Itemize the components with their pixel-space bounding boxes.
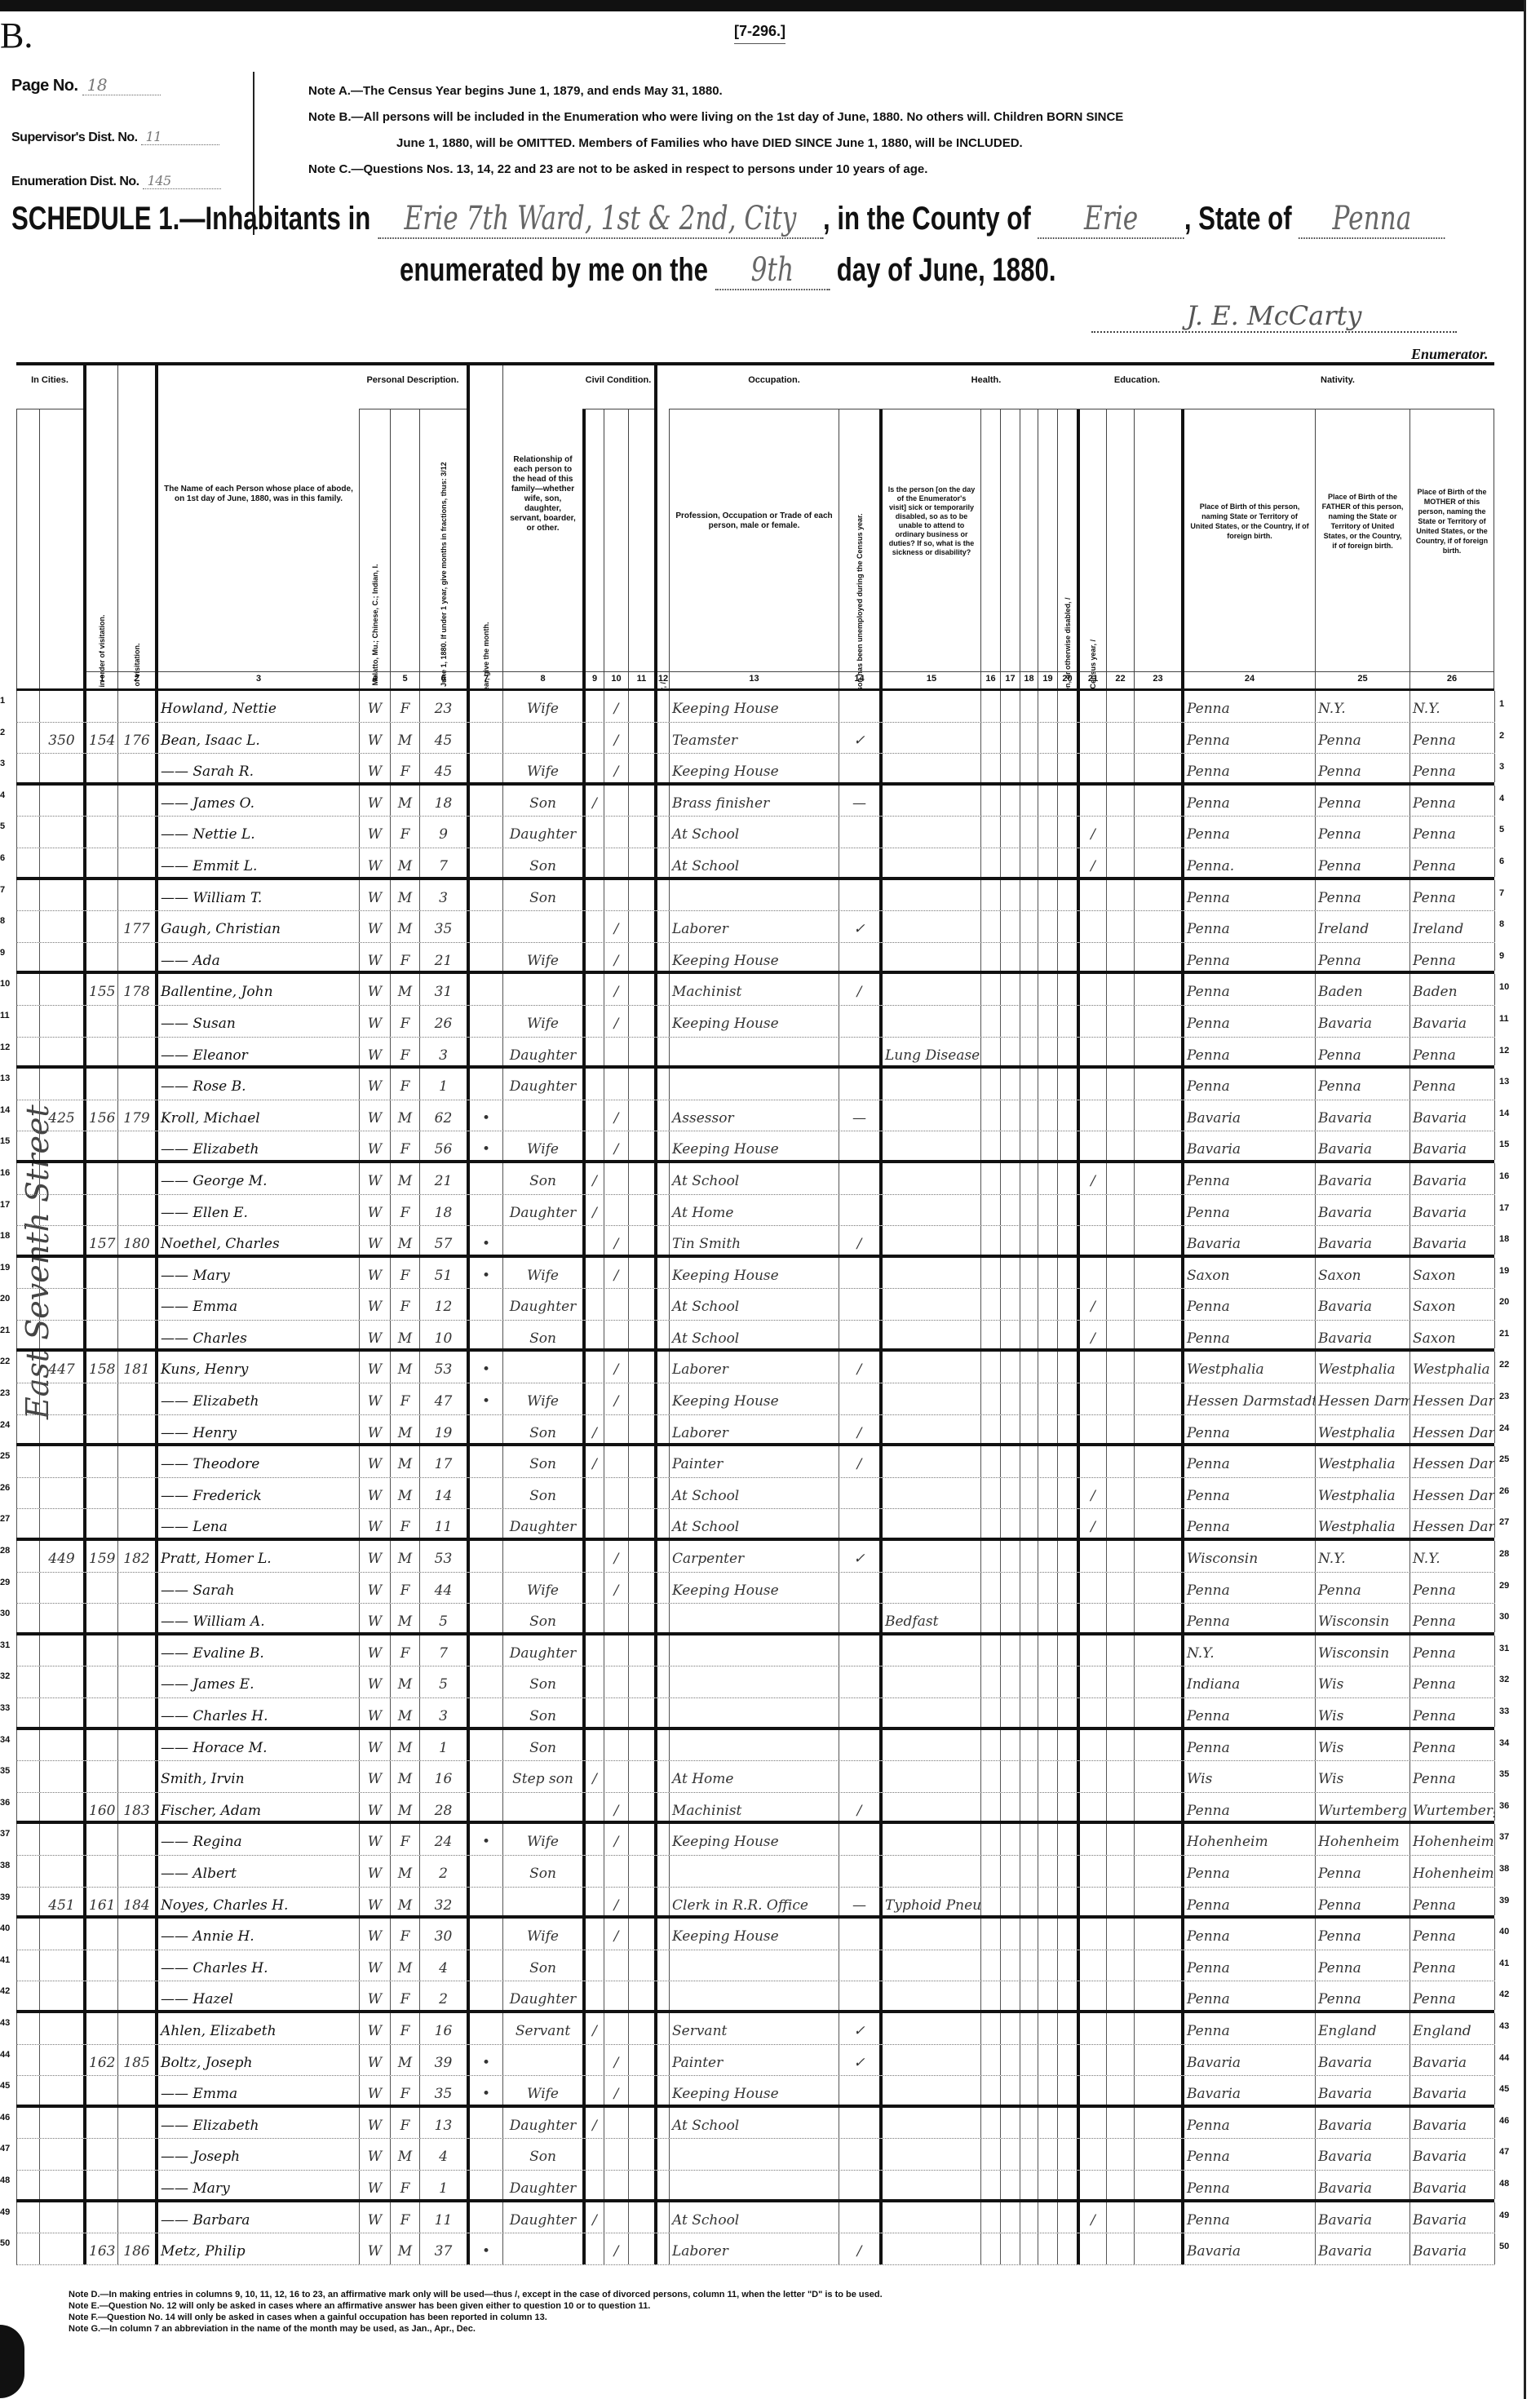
birthplace-cell: Penna	[1181, 1289, 1315, 1320]
name-cell: —— Susan	[155, 1006, 359, 1037]
age-cell: 18	[419, 1195, 467, 1226]
insane-cell	[1038, 911, 1057, 942]
cannot-read-cell	[1106, 817, 1134, 848]
family-number-cell	[117, 1604, 155, 1632]
father-birthplace-cell: Penna	[1315, 754, 1409, 782]
single-cell	[582, 943, 604, 972]
street-cell	[16, 1573, 39, 1604]
day-field: 9th	[715, 251, 830, 290]
dwelling-number-cell: 159	[83, 1541, 117, 1572]
line-number-right: 30	[1499, 1612, 1509, 1622]
age-cell: 4	[419, 2139, 467, 2170]
sickness-cell	[879, 1824, 980, 1855]
father-birthplace-cell: Penna	[1315, 1981, 1409, 2010]
line-number-right: 48	[1499, 2179, 1509, 2189]
idiotic-cell	[1020, 1793, 1038, 1821]
color-cell: W	[359, 1635, 390, 1666]
mother-birthplace-cell: Saxon	[1409, 1258, 1494, 1289]
line-number-left: 42	[0, 1986, 10, 1996]
line-number-left: 29	[0, 1578, 10, 1587]
disabled-cell	[1057, 817, 1077, 848]
single-cell	[582, 1824, 604, 1855]
birth-month-cell	[467, 1698, 502, 1727]
married-census-year-cell	[654, 1478, 669, 1509]
sickness-cell	[879, 754, 980, 782]
scan-blot	[0, 2325, 24, 2398]
family-number-cell	[117, 1666, 155, 1697]
occupation-cell	[669, 1635, 839, 1666]
birth-month-cell	[467, 2171, 502, 2199]
line-number-right: 5	[1499, 825, 1504, 834]
name-cell: Boltz, Joseph	[155, 2045, 359, 2076]
family-number-cell: 182	[117, 1541, 155, 1572]
relationship-cell: Son	[502, 1730, 582, 1761]
insane-cell	[1038, 1195, 1057, 1226]
house-number-cell	[39, 1950, 83, 1981]
sickness-cell	[879, 1100, 980, 1131]
sex-cell: F	[390, 2013, 419, 2044]
sex-cell: M	[390, 1352, 419, 1383]
col-22: Cannot read, /22	[1106, 409, 1134, 688]
occupation-cell: Keeping House	[669, 691, 839, 722]
sickness-cell	[879, 691, 980, 722]
married-census-year-cell	[654, 2076, 669, 2105]
attended-school-cell: /	[1077, 1163, 1106, 1194]
dwelling-number-cell	[83, 1289, 117, 1320]
relationship-cell: Daughter	[502, 1195, 582, 1226]
cannot-read-cell	[1106, 754, 1134, 782]
occupation-cell: Clerk in R.R. Office	[669, 1888, 839, 1916]
birth-month-cell: •	[467, 1226, 502, 1255]
mother-birthplace-cell: England	[1409, 2013, 1494, 2044]
blind-cell	[980, 1950, 1000, 1981]
house-number-cell	[39, 754, 83, 782]
cannot-write-cell	[1134, 2076, 1181, 2105]
cannot-write-cell	[1134, 1981, 1181, 2010]
dwelling-number-cell	[83, 1635, 117, 1666]
cannot-write-cell	[1134, 723, 1181, 754]
enumeration-district-field: Enumeration Dist. No. 145	[11, 173, 221, 189]
mother-birthplace-cell: Saxon	[1409, 1321, 1494, 1349]
cannot-read-cell	[1106, 1761, 1134, 1792]
house-number-cell: 425	[39, 1100, 83, 1131]
deaf-dumb-cell	[1000, 2013, 1020, 2044]
father-birthplace-cell: Wis	[1315, 1666, 1409, 1697]
house-number-cell	[39, 1981, 83, 2010]
sex-cell: F	[390, 1919, 419, 1950]
attended-school-cell	[1077, 1730, 1106, 1761]
name-cell: —— Lena	[155, 1509, 359, 1538]
cannot-read-cell	[1106, 1352, 1134, 1383]
occupation-cell: Keeping House	[669, 1919, 839, 1950]
disabled-cell	[1057, 1856, 1077, 1887]
house-number-cell	[39, 1006, 83, 1037]
idiotic-cell	[1020, 2202, 1038, 2233]
married-cell	[604, 1446, 628, 1477]
birth-month-cell	[467, 1573, 502, 1604]
line-number-left: 19	[0, 1263, 10, 1273]
table-row: 24—— HenryWM19Son/Laborer/PennaWestphali…	[16, 1415, 1494, 1447]
house-number-cell	[39, 1069, 83, 1100]
deaf-dumb-cell	[1000, 1383, 1020, 1414]
insane-cell	[1038, 1258, 1057, 1289]
table-row: 22447158181Kuns, HenryWM53•/Laborer/West…	[16, 1352, 1494, 1383]
dwelling-number-cell	[83, 1258, 117, 1289]
deaf-dumb-cell	[1000, 974, 1020, 1005]
attended-school-cell	[1077, 1919, 1106, 1950]
age-cell: 26	[419, 1006, 467, 1037]
widowed-cell	[628, 1698, 654, 1727]
birth-month-cell: •	[467, 1100, 502, 1131]
disabled-cell	[1057, 2013, 1077, 2044]
family-number-cell	[117, 2202, 155, 2233]
insane-cell	[1038, 1226, 1057, 1255]
name-cell: —— Charles	[155, 1321, 359, 1349]
father-birthplace-cell: Westphalia	[1315, 1415, 1409, 1444]
disabled-cell	[1057, 2233, 1077, 2264]
name-cell: Kuns, Henry	[155, 1352, 359, 1383]
disabled-cell	[1057, 1131, 1077, 1160]
blind-cell	[980, 1573, 1000, 1604]
idiotic-cell	[1020, 1163, 1038, 1194]
cannot-write-cell	[1134, 1069, 1181, 1100]
relationship-cell: Daughter	[502, 1981, 582, 2010]
blind-cell	[980, 1258, 1000, 1289]
age-cell: 12	[419, 1289, 467, 1320]
blind-cell	[980, 1730, 1000, 1761]
married-cell: /	[604, 2233, 628, 2264]
occupation-cell: Keeping House	[669, 1006, 839, 1037]
deaf-dumb-cell	[1000, 1258, 1020, 1289]
age-cell: 2	[419, 1856, 467, 1887]
family-number-cell: 178	[117, 974, 155, 1005]
birth-month-cell	[467, 1509, 502, 1538]
single-cell	[582, 1038, 604, 1066]
street-cell	[16, 1635, 39, 1666]
blind-cell	[980, 1321, 1000, 1349]
blind-cell	[980, 2108, 1000, 2139]
name-cell: Ahlen, Elizabeth	[155, 2013, 359, 2044]
mother-birthplace-cell: Penna	[1409, 1950, 1494, 1981]
mother-birthplace-cell: Hessen Darmstadt	[1409, 1446, 1494, 1477]
sex-cell: M	[390, 1226, 419, 1255]
married-cell	[604, 1635, 628, 1666]
cannot-write-cell	[1134, 1258, 1181, 1289]
family-number-cell	[117, 1258, 155, 1289]
cannot-read-cell	[1106, 1258, 1134, 1289]
family-number-cell: 185	[117, 2045, 155, 2076]
cannot-read-cell	[1106, 1226, 1134, 1255]
house-number-cell: 447	[39, 1352, 83, 1383]
deaf-dumb-cell	[1000, 1226, 1020, 1255]
attended-school-cell: /	[1077, 848, 1106, 877]
idiotic-cell	[1020, 2139, 1038, 2170]
age-cell: 62	[419, 1100, 467, 1131]
sickness-cell	[879, 1163, 980, 1194]
age-cell: 45	[419, 723, 467, 754]
group-personal: Personal Description.	[359, 365, 467, 409]
cannot-write-cell	[1134, 1604, 1181, 1632]
sickness-cell	[879, 1509, 980, 1538]
street-cell	[16, 2171, 39, 2199]
house-number-cell	[39, 2013, 83, 2044]
table-row: 17—— Ellen E.WF18Daughter/At HomePennaBa…	[16, 1195, 1494, 1227]
father-birthplace-cell: Bavaria	[1315, 1131, 1409, 1160]
sickness-cell	[879, 1478, 980, 1509]
deaf-dumb-cell	[1000, 1131, 1020, 1160]
married-census-year-cell	[654, 1666, 669, 1697]
house-number-cell	[39, 1478, 83, 1509]
line-number-left: 25	[0, 1451, 10, 1461]
color-cell: W	[359, 2045, 390, 2076]
name-cell: —— Rose B.	[155, 1069, 359, 1100]
married-cell: /	[604, 1006, 628, 1037]
cannot-write-cell	[1134, 1446, 1181, 1477]
deaf-dumb-cell	[1000, 1509, 1020, 1538]
street-cell	[16, 1478, 39, 1509]
blind-cell	[980, 1383, 1000, 1414]
relationship-cell	[502, 1793, 582, 1821]
line-number-left: 17	[0, 1200, 10, 1210]
married-cell: /	[604, 1919, 628, 1950]
insane-cell	[1038, 943, 1057, 972]
house-number-cell	[39, 2233, 83, 2264]
idiotic-cell	[1020, 1258, 1038, 1289]
instruction-notes: Note A.—The Census Year begins June 1, 1…	[308, 78, 1450, 183]
birthplace-cell: Penna.	[1181, 848, 1315, 877]
father-birthplace-cell: Bavaria	[1315, 2139, 1409, 2170]
street-cell	[16, 848, 39, 877]
line-number-left: 23	[0, 1388, 10, 1398]
single-cell	[582, 911, 604, 942]
married-cell: /	[604, 1352, 628, 1383]
father-birthplace-cell: Penna	[1315, 1888, 1409, 1916]
form-number: [7-296.]	[734, 23, 785, 44]
street-cell	[16, 974, 39, 1005]
line-number-right: 41	[1499, 1959, 1509, 1968]
scan-top-border	[0, 0, 1540, 11]
unemployed-months-cell: /	[839, 1793, 879, 1821]
deaf-dumb-cell	[1000, 1981, 1020, 2010]
married-cell	[604, 1761, 628, 1792]
widowed-cell	[628, 911, 654, 942]
cannot-read-cell	[1106, 1919, 1134, 1950]
single-cell	[582, 1509, 604, 1538]
birthplace-cell: Penna	[1181, 1509, 1315, 1538]
street-cell	[16, 911, 39, 942]
married-cell	[604, 1415, 628, 1444]
relationship-cell	[502, 2045, 582, 2076]
idiotic-cell	[1020, 943, 1038, 972]
name-cell: —— Annie H.	[155, 1919, 359, 1950]
house-number-cell	[39, 1321, 83, 1349]
deaf-dumb-cell	[1000, 754, 1020, 782]
disabled-cell	[1057, 2171, 1077, 2199]
line-number-right: 42	[1499, 1990, 1509, 1999]
cannot-write-cell	[1134, 2139, 1181, 2170]
insane-cell	[1038, 1541, 1057, 1572]
blind-cell	[980, 817, 1000, 848]
col-1: Dwelling houses numbered in order of vis…	[83, 365, 117, 688]
mother-birthplace-cell: Hessen Darmstadt	[1409, 1478, 1494, 1509]
deaf-dumb-cell	[1000, 1950, 1020, 1981]
idiotic-cell	[1020, 1131, 1038, 1160]
single-cell	[582, 1289, 604, 1320]
col-street: Name of Street.	[16, 409, 39, 688]
table-row: 8177Gaugh, ChristianWM35/Laborer✓PennaIr…	[16, 911, 1494, 943]
father-birthplace-cell: Westphalia	[1315, 1478, 1409, 1509]
married-cell	[604, 1981, 628, 2010]
birthplace-cell: Wis	[1181, 1761, 1315, 1792]
house-number-cell	[39, 1258, 83, 1289]
name-cell: —— Elizabeth	[155, 1131, 359, 1160]
widowed-cell	[628, 1856, 654, 1887]
married-census-year-cell	[654, 1509, 669, 1538]
name-cell: —— Sarah	[155, 1573, 359, 1604]
deaf-dumb-cell	[1000, 1478, 1020, 1509]
street-cell	[16, 943, 39, 972]
unemployed-months-cell	[839, 1509, 879, 1538]
house-number-cell	[39, 1289, 83, 1320]
single-cell	[582, 1352, 604, 1383]
family-number-cell	[117, 1856, 155, 1887]
insane-cell	[1038, 1415, 1057, 1444]
attended-school-cell	[1077, 1195, 1106, 1226]
mother-birthplace-cell: Westphalia	[1409, 1352, 1494, 1383]
married-census-year-cell	[654, 2045, 669, 2076]
sex-cell: F	[390, 2076, 419, 2105]
line-number-left: 39	[0, 1892, 10, 1902]
line-number-right: 40	[1499, 1927, 1509, 1936]
relationship-cell: Son	[502, 848, 582, 877]
sickness-cell	[879, 2202, 980, 2233]
birth-month-cell	[467, 1981, 502, 2010]
deaf-dumb-cell	[1000, 1761, 1020, 1792]
insane-cell	[1038, 1352, 1057, 1383]
dwelling-number-cell	[83, 691, 117, 722]
cannot-read-cell	[1106, 1604, 1134, 1632]
sickness-cell: Bedfast	[879, 1604, 980, 1632]
birth-month-cell	[467, 1163, 502, 1194]
color-cell: W	[359, 2013, 390, 2044]
line-number-left: 2	[0, 728, 5, 737]
attended-school-cell: /	[1077, 1321, 1106, 1349]
sickness-cell	[879, 1352, 980, 1383]
insane-cell	[1038, 1635, 1057, 1666]
sickness-cell	[879, 1666, 980, 1697]
line-number-right: 17	[1499, 1203, 1509, 1213]
col-8: Relationship of each person to the head …	[502, 365, 582, 688]
occupation-cell	[669, 1038, 839, 1066]
single-cell	[582, 1383, 604, 1414]
street-cell	[16, 1730, 39, 1761]
insane-cell	[1038, 1793, 1057, 1821]
note-a: Note A.—The Census Year begins June 1, 1…	[308, 78, 1450, 104]
street-cell	[16, 817, 39, 848]
unemployed-months-cell: ✓	[839, 1541, 879, 1572]
table-row: 2350154176Bean, Isaac L.WM45/Teamster✓Pe…	[16, 723, 1494, 755]
line-number-left: 18	[0, 1231, 10, 1241]
mother-birthplace-cell: Ireland	[1409, 911, 1494, 942]
married-census-year-cell	[654, 1069, 669, 1100]
color-cell: W	[359, 1131, 390, 1160]
line-number-right: 19	[1499, 1266, 1509, 1276]
group-health: Health.	[879, 365, 1093, 409]
married-cell	[604, 1950, 628, 1981]
house-number-cell: 449	[39, 1541, 83, 1572]
line-number-right: 22	[1499, 1360, 1509, 1370]
scan-right-edge	[1524, 0, 1540, 2399]
age-cell: 7	[419, 848, 467, 877]
cannot-write-cell	[1134, 786, 1181, 817]
dwelling-number-cell	[83, 817, 117, 848]
married-cell	[604, 1856, 628, 1887]
col-4: Color—White, W.; Black, B.; Mulatto, Mu.…	[359, 409, 390, 688]
unemployed-months-cell	[839, 848, 879, 877]
insane-cell	[1038, 848, 1057, 877]
blind-cell	[980, 691, 1000, 722]
name-cell: —— Mary	[155, 1258, 359, 1289]
insane-cell	[1038, 2108, 1057, 2139]
house-number-cell	[39, 2045, 83, 2076]
unemployed-months-cell	[839, 1383, 879, 1414]
house-number-cell	[39, 691, 83, 722]
line-number-right: 4	[1499, 794, 1504, 803]
birthplace-cell: Indiana	[1181, 1666, 1315, 1697]
birthplace-cell: Penna	[1181, 1793, 1315, 1821]
father-birthplace-cell: Bavaria	[1315, 2171, 1409, 2199]
age-cell: 30	[419, 1919, 467, 1950]
sex-cell: F	[390, 817, 419, 848]
father-birthplace-cell: Bavaria	[1315, 2108, 1409, 2139]
father-birthplace-cell: Wisconsin	[1315, 1604, 1409, 1632]
age-cell: 39	[419, 2045, 467, 2076]
idiotic-cell	[1020, 2108, 1038, 2139]
color-cell: W	[359, 1289, 390, 1320]
insane-cell	[1038, 1888, 1057, 1916]
attended-school-cell	[1077, 1415, 1106, 1444]
street-cell	[16, 1509, 39, 1538]
idiotic-cell	[1020, 2013, 1038, 2044]
mother-birthplace-cell: Bavaria	[1409, 2233, 1494, 2264]
table-row: 16—— George M.WM21Son/At School/PennaBav…	[16, 1163, 1494, 1195]
table-row: 12—— EleanorWF3DaughterLung DiseasePenna…	[16, 1038, 1494, 1069]
mother-birthplace-cell: N.Y.	[1409, 1541, 1494, 1572]
color-cell: W	[359, 817, 390, 848]
idiotic-cell	[1020, 1478, 1038, 1509]
house-number-cell	[39, 1856, 83, 1887]
widowed-cell	[628, 880, 654, 911]
father-birthplace-cell: Hessen Darm. Stadt	[1315, 1383, 1409, 1414]
unemployed-months-cell	[839, 1635, 879, 1666]
widowed-cell	[628, 1226, 654, 1255]
single-cell	[582, 1321, 604, 1349]
birthplace-cell: Penna	[1181, 2202, 1315, 2233]
color-cell: W	[359, 2108, 390, 2139]
single-cell	[582, 1730, 604, 1761]
street-cell	[16, 1541, 39, 1572]
street-cell	[16, 1069, 39, 1100]
married-cell: /	[604, 1541, 628, 1572]
street-cell	[16, 1006, 39, 1037]
single-cell	[582, 1856, 604, 1887]
age-cell: 21	[419, 943, 467, 972]
mother-birthplace-cell: Penna	[1409, 1038, 1494, 1066]
deaf-dumb-cell	[1000, 1793, 1020, 1821]
occupation-cell: At Home	[669, 1195, 839, 1226]
father-birthplace-cell: N.Y.	[1315, 1541, 1409, 1572]
insane-cell	[1038, 723, 1057, 754]
